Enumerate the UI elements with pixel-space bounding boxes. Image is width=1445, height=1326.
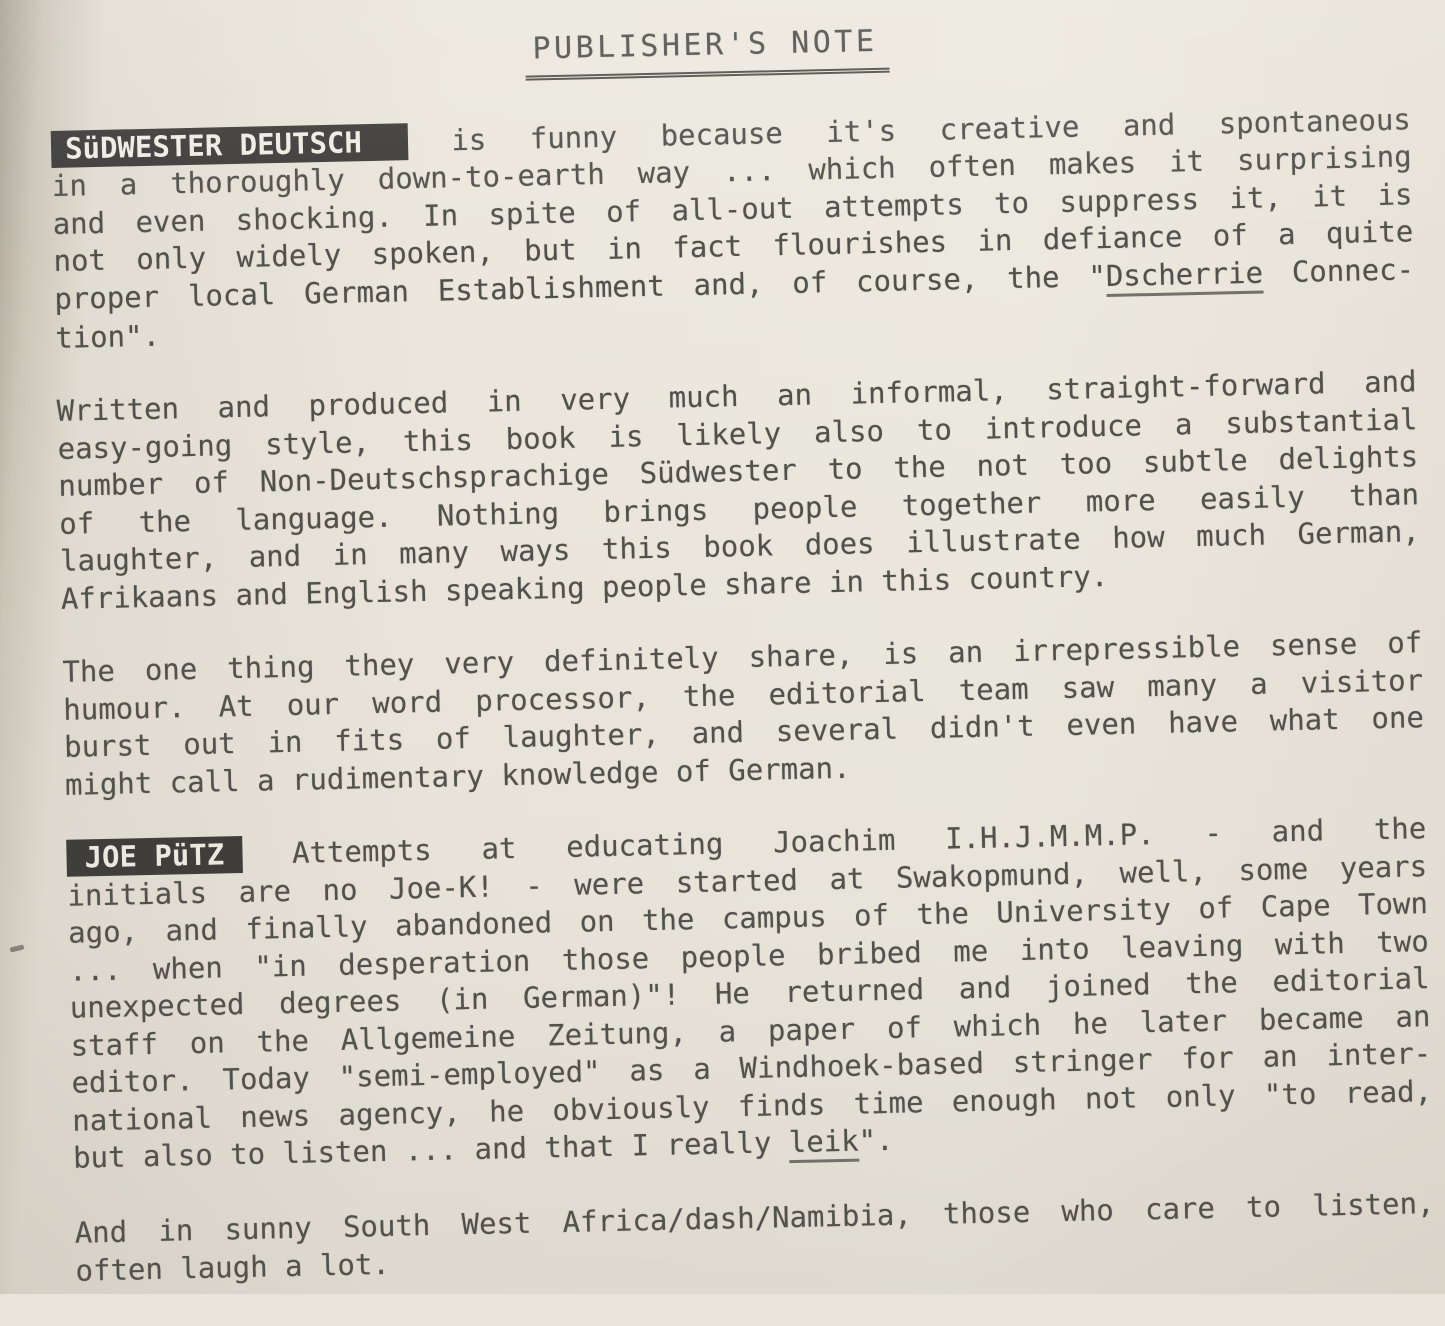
highlight-badge: JOE PüTZ	[66, 836, 242, 877]
paragraph: Written and produced in very much an inf…	[56, 363, 1421, 618]
text-segment: ".	[858, 1123, 894, 1158]
text-segment: tion".	[55, 318, 160, 354]
ink-speck	[10, 944, 25, 952]
paragraph: JOE PüTZ Attempts at educating Joachim I…	[66, 810, 1433, 1179]
underlined-word: Dscherrie	[1106, 258, 1264, 296]
text-segment: often laugh a lot.	[75, 1246, 390, 1287]
text-segment: Connec-	[1263, 252, 1415, 289]
underlined-word: leik	[788, 1127, 859, 1164]
body-text: SüDWESTER DEUTSCH is funny because it's …	[51, 101, 1436, 1290]
paragraph: And in sunny South West Africa/dash/Nami…	[74, 1185, 1435, 1290]
paragraph: SüDWESTER DEUTSCH is funny because it's …	[51, 101, 1416, 357]
scanned-page: PUBLISHER'S NOTE SüDWESTER DEUTSCH is fu…	[0, 0, 1445, 1294]
page-title-text: PUBLISHER'S NOTE	[524, 23, 890, 80]
paragraph: The one thing they very definitely share…	[62, 624, 1425, 804]
page-title: PUBLISHER'S NOTE	[27, 12, 1388, 91]
page-content: PUBLISHER'S NOTE SüDWESTER DEUTSCH is fu…	[49, 11, 1437, 1294]
